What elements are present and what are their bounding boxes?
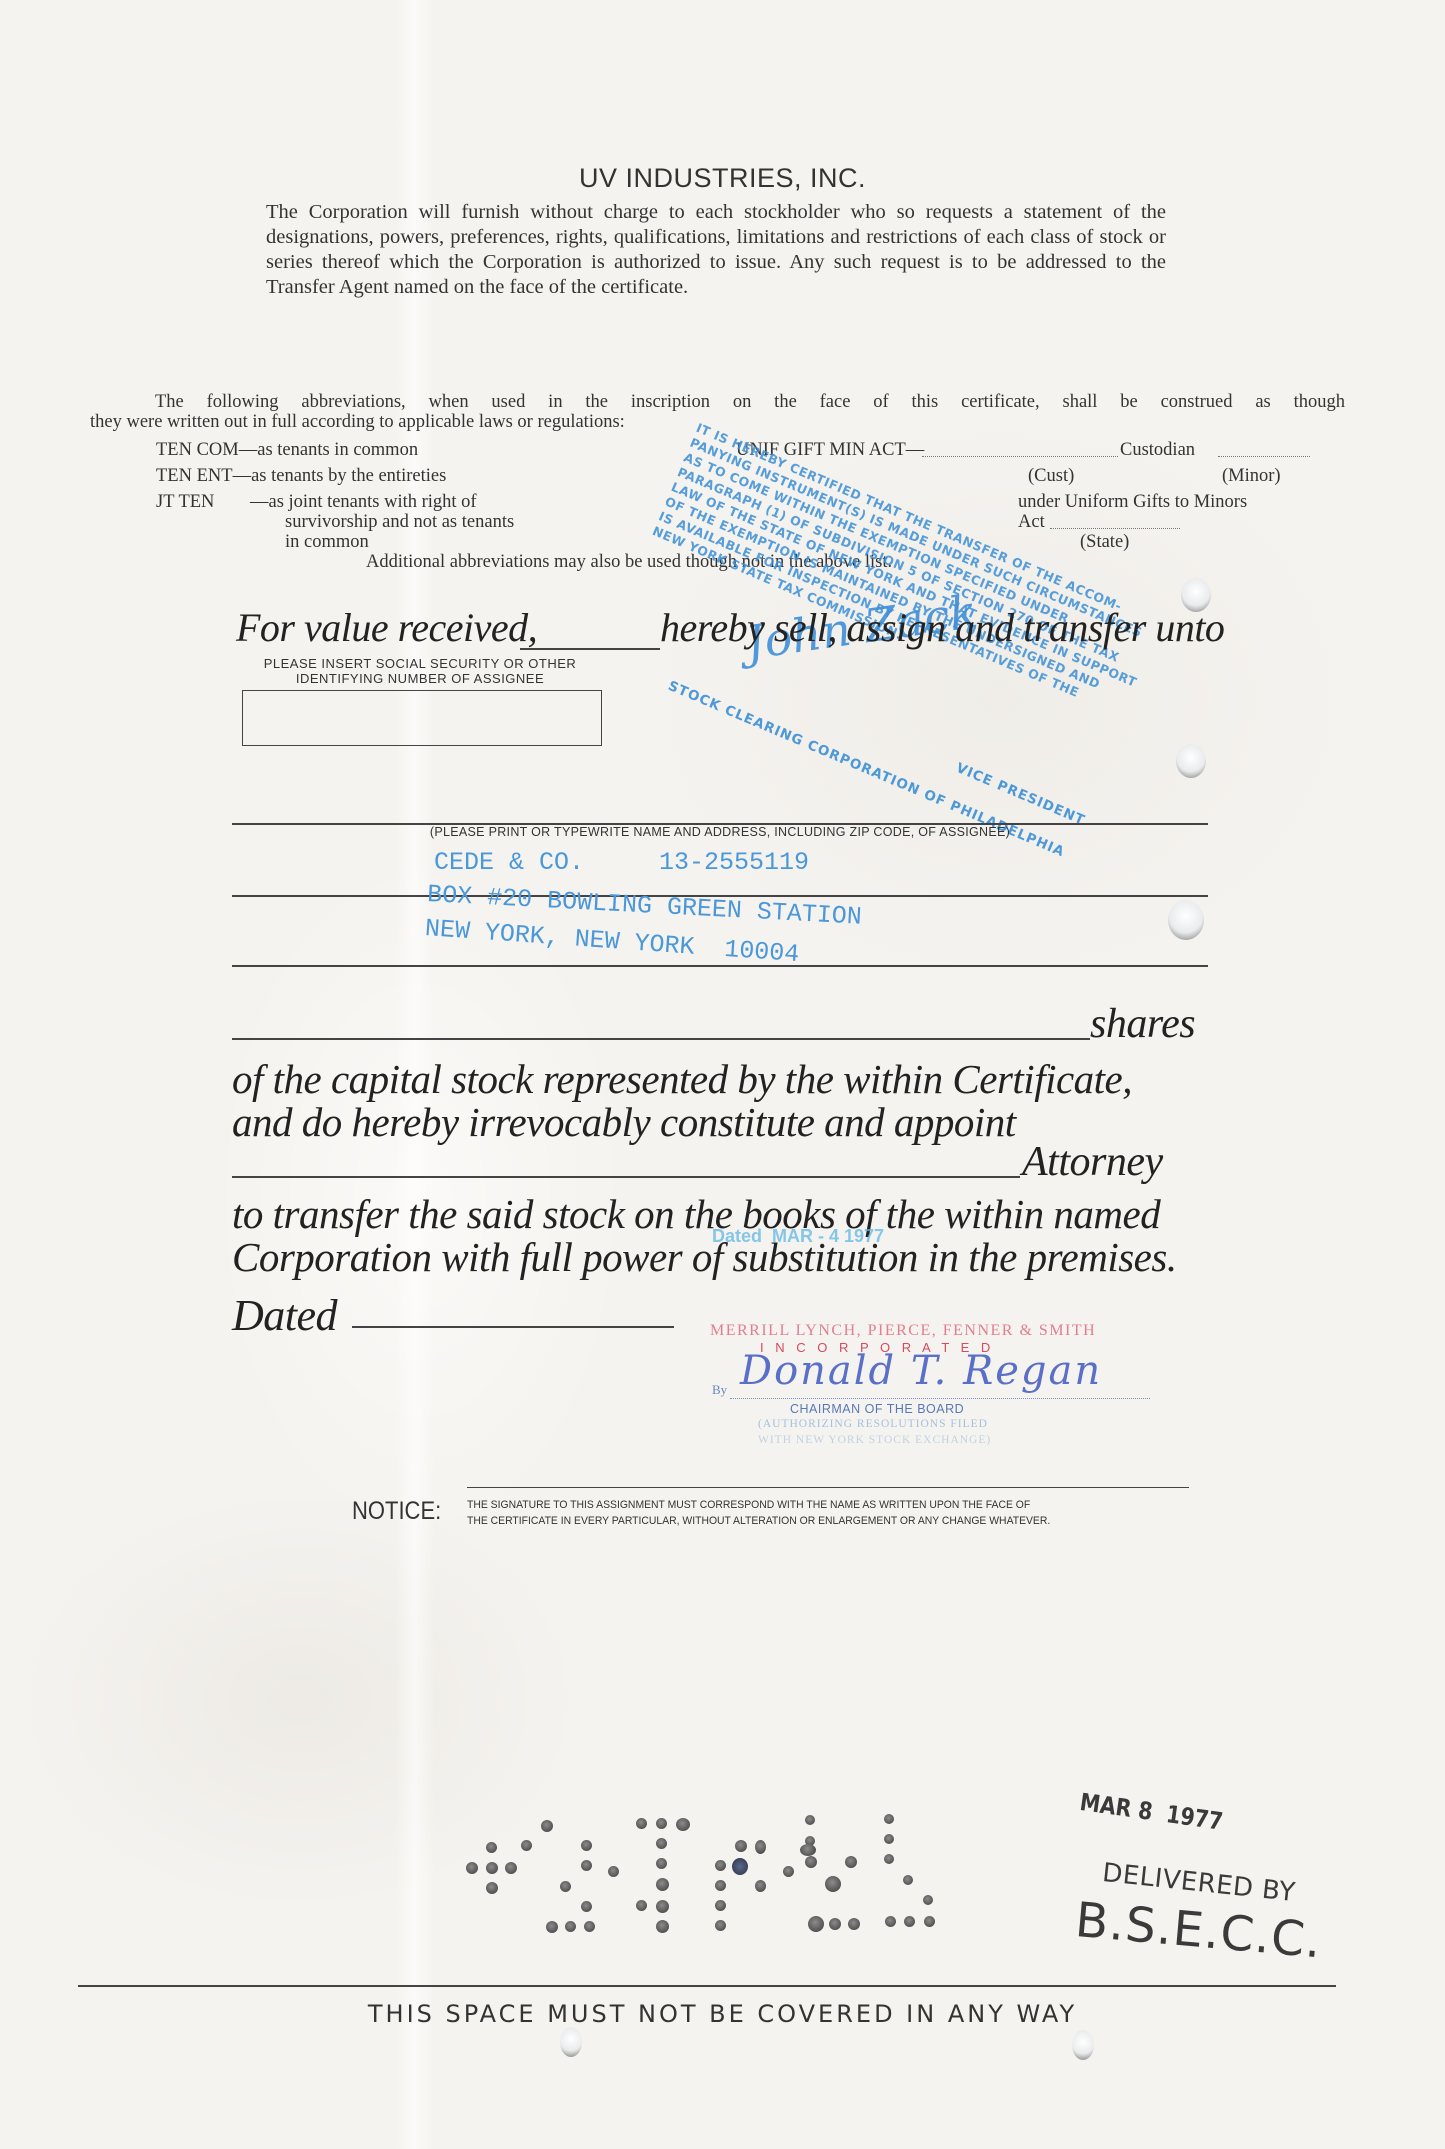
abbr-code: TEN COM: [156, 440, 239, 460]
ugma-cust-caption: (Cust): [1028, 466, 1074, 486]
footer-warning: THIS SPACE MUST NOT BE COVERED IN ANY WA…: [0, 2000, 1445, 2028]
dated-label: Dated: [232, 1290, 337, 1341]
ugma-state-caption: (State): [1080, 532, 1129, 552]
abbr-meaning: —as tenants by the entireties: [233, 466, 447, 486]
guarantor-note-1: (AUTHORIZING RESOLUTIONS FILED: [758, 1418, 988, 1430]
abbr-jt-ten-cont: survivorship and not as tenants: [285, 512, 514, 532]
hereby-sell-assign: hereby sell, assign and transfer unto: [660, 604, 1224, 651]
abbr-code: JT TEN: [156, 492, 250, 512]
abbreviations-intro-line1: The following abbreviations, when used i…: [90, 392, 1345, 412]
stockholder-statement: The Corporation will furnish without cha…: [266, 200, 1166, 300]
body-line-3: to transfer the said stock on the books …: [232, 1190, 1160, 1238]
abbreviations-intro: The following abbreviations, when used i…: [90, 392, 1345, 432]
binder-hole: [1072, 2030, 1094, 2060]
company-name: UV INDUSTRIES, INC.: [0, 163, 1445, 194]
name-address-label: (PLEASE PRINT OR TYPEWRITE NAME AND ADDR…: [232, 825, 1208, 839]
ugma-state-field[interactable]: [1050, 528, 1180, 529]
ssn-input-box[interactable]: [242, 690, 602, 746]
binder-hole: [1168, 900, 1204, 940]
ugma-minor-field[interactable]: [1218, 456, 1310, 457]
footer-rule: [78, 1985, 1336, 1987]
guarantor-signature-line: [730, 1398, 1150, 1399]
notice-text: THE SIGNATURE TO THIS ASSIGNMENT MUST CO…: [467, 1497, 1050, 1529]
shares-label: shares: [1090, 1000, 1195, 1048]
assignee-address-rule-2: [232, 965, 1208, 967]
binder-hole: [1181, 578, 1211, 612]
signature-rule[interactable]: [467, 1487, 1189, 1488]
binder-hole: [1176, 744, 1206, 778]
binder-hole: [560, 2027, 582, 2057]
ugma-custodian-label: Custodian: [1120, 440, 1195, 460]
notice-label: NOTICE:: [352, 1497, 441, 1526]
assignee-line-1[interactable]: CEDE & CO. 13-2555119: [434, 848, 809, 877]
ssn-label-line1: PLEASE INSERT SOCIAL SECURITY OR OTHER: [230, 656, 610, 671]
body-line-1: of the capital stock represented by the …: [232, 1055, 1132, 1103]
ugma-under-text: under Uniform Gifts to Minors: [1018, 492, 1247, 512]
guarantor-by: By: [712, 1382, 727, 1398]
guarantor-title: CHAIRMAN OF THE BOARD: [790, 1402, 964, 1416]
attorney-label: Attorney: [1022, 1138, 1163, 1186]
ugma-act-label: Act: [1018, 512, 1045, 532]
ugma-minor-caption: (Minor): [1222, 466, 1281, 486]
for-value-received: For value received,: [236, 604, 537, 651]
shares-count-rule[interactable]: [232, 1038, 1090, 1040]
body-line-2: and do hereby irrevocably constitute and…: [232, 1098, 1016, 1146]
notice-line-1: THE SIGNATURE TO THIS ASSIGNMENT MUST CO…: [467, 1497, 1050, 1513]
abbr-jt-ten-cont2: in common: [285, 532, 369, 552]
ssn-label: PLEASE INSERT SOCIAL SECURITY OR OTHER I…: [230, 656, 610, 686]
body-line-4: Corporation with full power of substitut…: [232, 1233, 1177, 1281]
ssn-label-line2: IDENTIFYING NUMBER OF ASSIGNEE: [230, 671, 610, 686]
notice-line-2: THE CERTIFICATE IN EVERY PARTICULAR, WIT…: [467, 1513, 1050, 1529]
abbr-code: TEN ENT: [156, 466, 233, 486]
abbr-ten-com: TEN COM—as tenants in common: [156, 440, 418, 460]
guarantor-note-2: WITH NEW YORK STOCK EXCHANGE): [758, 1434, 991, 1446]
ugma-custodian-field[interactable]: [922, 456, 1118, 457]
abbreviations-intro-line2: they were written out in full according …: [90, 412, 625, 432]
abbr-ten-ent: TEN ENT—as tenants by the entireties: [156, 466, 446, 486]
guarantor-signature: Donald T. Regan: [740, 1348, 1102, 1394]
attorney-name-rule[interactable]: [232, 1176, 1020, 1178]
guarantor-firm: MERRILL LYNCH, PIERCE, FENNER & SMITH: [710, 1322, 1096, 1340]
dated-rule[interactable]: [352, 1326, 674, 1328]
dated-stamp: Dated MAR - 4 1977: [712, 1226, 884, 1247]
for-value-rule: [520, 648, 660, 650]
abbr-meaning: —as joint tenants with right of: [250, 492, 477, 512]
abbr-meaning: —as tenants in common: [239, 440, 418, 460]
abbr-jt-ten: JT TEN—as joint tenants with right of: [156, 492, 477, 512]
